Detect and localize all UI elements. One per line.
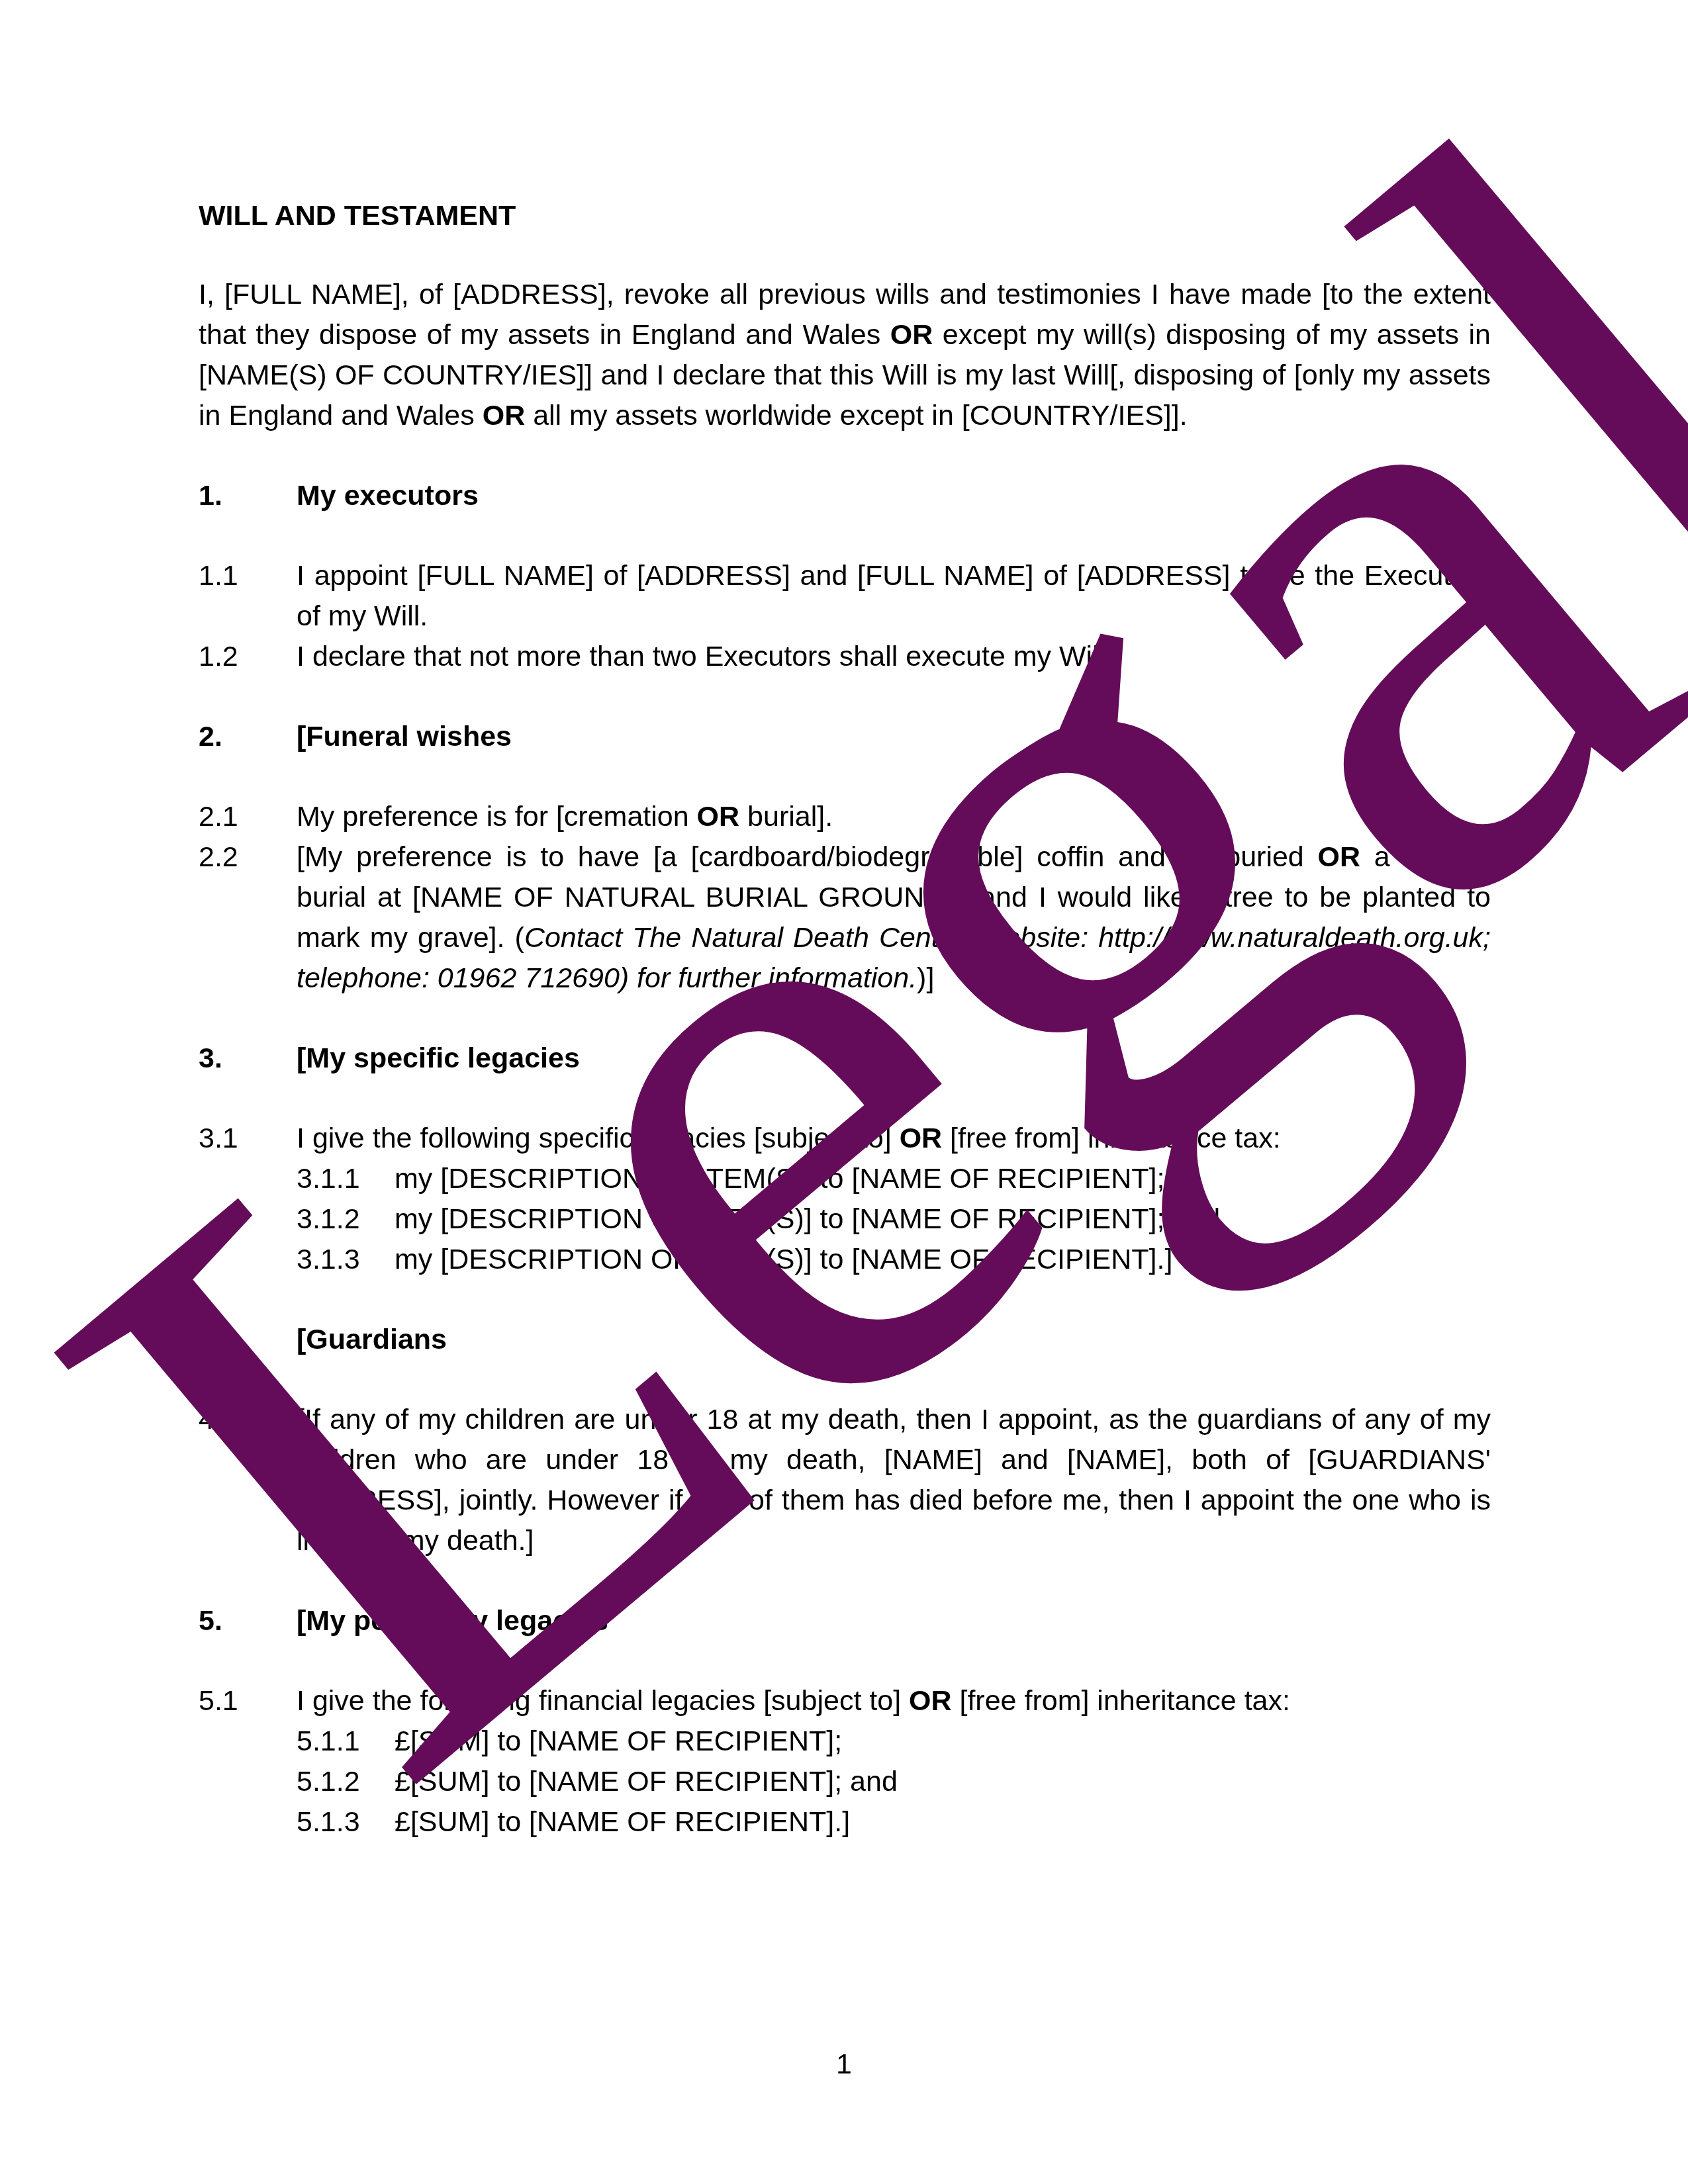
clause-text: [If any of my children are under 18 at m… [297,1400,1491,1561]
section-heading: 1.My executors [199,476,1491,516]
subclause-number: 5.1.1 [297,1721,395,1762]
section-heading: 5.[My pecuniary legacies [199,1601,1491,1641]
subclause-number: 3.1.2 [297,1199,395,1240]
emphasis-or: OR [909,1685,952,1717]
clause: 1.1I appoint [FULL NAME] of [ADDRESS] an… [199,556,1491,637]
text-run: I appoint [FULL NAME] of [ADDRESS] and [… [297,560,1491,632]
clause-text: I give the following financial legacies … [297,1681,1491,1721]
subclause-number: 5.1.3 [297,1802,395,1843]
subclause-number: 3.1.1 [297,1159,395,1199]
document-body: WILL AND TESTAMENT I, [FULL NAME], of [A… [199,196,1491,1882]
subclause: 5.1.3£[SUM] to [NAME OF RECIPIENT].] [297,1802,1491,1843]
text-run: burial]. [739,801,833,833]
clause-group: 2.1My preference is for [cremation OR bu… [199,797,1491,999]
clause-number: 2.2 [199,837,297,999]
clause-text: My preference is for [cremation OR buria… [297,797,1491,837]
section-title: [My specific legacies [297,1038,580,1079]
subclause: 3.1.1my [DESCRIPTION OF ITEM(S)] to [NAM… [297,1159,1491,1199]
subclause-text: my [DESCRIPTION OF ITEM(S)] to [NAME OF … [395,1240,1172,1280]
text-run: all my assets worldwide except in [COUNT… [525,400,1187,432]
subclause: 5.1.1£[SUM] to [NAME OF RECIPIENT]; [297,1721,1491,1762]
subclause-number: 5.1.2 [297,1762,395,1802]
clause: 1.2I declare that not more than two Exec… [199,637,1491,677]
clause-text: I appoint [FULL NAME] of [ADDRESS] and [… [297,556,1491,637]
sections-container: 1.My executors1.1I appoint [FULL NAME] o… [199,476,1491,1843]
clause-number: 5.1 [199,1681,297,1721]
subclause-text: £[SUM] to [NAME OF RECIPIENT].] [395,1802,850,1843]
clause: 2.2[My preference is to have [a [cardboa… [199,837,1491,999]
section-heading: 4.[Guardians [199,1320,1491,1360]
subclause-text: my [DESCRIPTION OF ITEM(S)] to [NAME OF … [395,1199,1220,1240]
clause: 2.1My preference is for [cremation OR bu… [199,797,1491,837]
section-heading: 2.[Funeral wishes [199,717,1491,757]
section-title: My executors [297,476,479,516]
clause: 3.1I give the following specific legacie… [199,1118,1491,1159]
emphasis-or: OR [890,319,933,351]
clause-number: 2.1 [199,797,297,837]
clause-number: 3.1 [199,1118,297,1159]
text-run: [My preference is to have [a [cardboard/… [297,841,1318,873]
clause-number: 1.2 [199,637,297,677]
section-number: 4. [199,1320,297,1360]
subclause: 3.1.2my [DESCRIPTION OF ITEM(S)] to [NAM… [297,1199,1491,1240]
section-number: 5. [199,1601,297,1641]
subclause-text: £[SUM] to [NAME OF RECIPIENT]; and [395,1762,898,1802]
clause-group: 4.1[If any of my children are under 18 a… [199,1400,1491,1561]
clause-number: 4.1 [199,1400,297,1561]
clause-text: I give the following specific legacies [… [297,1118,1491,1159]
emphasis-or: OR [697,801,740,833]
section-number: 2. [199,717,297,757]
text-run: [free from] inheritance tax: [952,1685,1290,1717]
text-run: I give the following specific legacies [… [297,1122,900,1154]
emphasis-or: OR [483,400,526,432]
clause-text: [My preference is to have [a [cardboard/… [297,837,1491,999]
section-title: [Guardians [297,1320,447,1360]
text-run: [If any of my children are under 18 at m… [297,1404,1491,1557]
section-heading: 3.[My specific legacies [199,1038,1491,1079]
subclause: 3.1.3my [DESCRIPTION OF ITEM(S)] to [NAM… [297,1240,1491,1280]
section-number: 3. [199,1038,297,1079]
subclause-text: £[SUM] to [NAME OF RECIPIENT]; [395,1721,842,1762]
document-title: WILL AND TESTAMENT [199,196,1491,236]
clause-group: 5.1I give the following financial legaci… [199,1681,1491,1843]
clause: 4.1[If any of my children are under 18 a… [199,1400,1491,1561]
page-number: 1 [0,2048,1688,2081]
subclause: 5.1.2£[SUM] to [NAME OF RECIPIENT]; and [297,1762,1491,1802]
text-run: I give the following financial legacies … [297,1685,909,1717]
text-run: [free from] inheritance tax: [942,1122,1280,1154]
emphasis-or: OR [1318,841,1361,873]
clause-group: 3.1I give the following specific legacie… [199,1118,1491,1280]
section-number: 1. [199,476,297,516]
section-title: [My pecuniary legacies [297,1601,608,1641]
intro-paragraph: I, [FULL NAME], of [ADDRESS], revoke all… [199,275,1491,436]
clause-text: I declare that not more than two Executo… [297,637,1491,677]
emphasis-or: OR [900,1122,943,1154]
section-title: [Funeral wishes [297,717,512,757]
text-run: I declare that not more than two Executo… [297,641,1113,672]
clause: 5.1I give the following financial legaci… [199,1681,1491,1721]
text-run: )] [917,962,934,994]
subclause-text: my [DESCRIPTION OF ITEM(S)] to [NAME OF … [395,1159,1164,1199]
clause-number: 1.1 [199,556,297,637]
text-run: My preference is for [cremation [297,801,697,833]
subclause-number: 3.1.3 [297,1240,395,1280]
document-page: WILL AND TESTAMENT I, [FULL NAME], of [A… [0,0,1688,2184]
clause-group: 1.1I appoint [FULL NAME] of [ADDRESS] an… [199,556,1491,677]
